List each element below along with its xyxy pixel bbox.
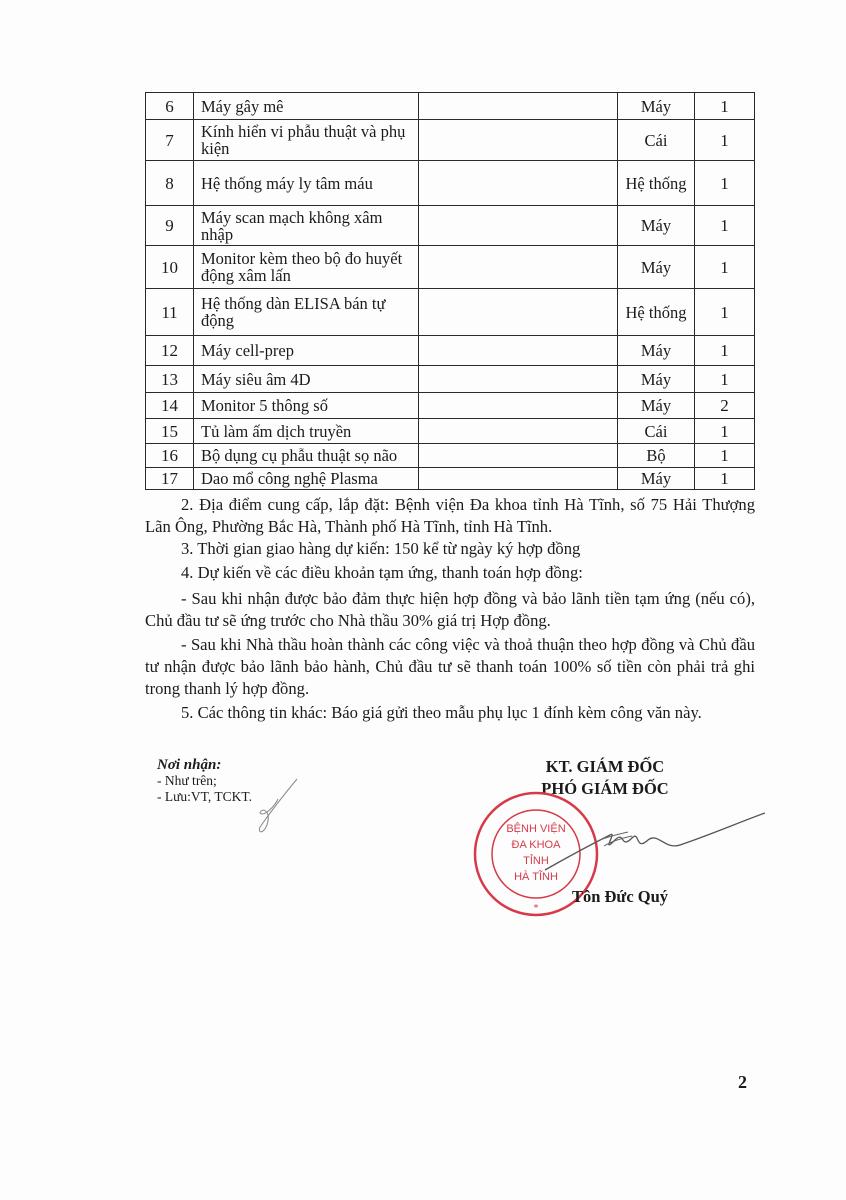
item-spec [419,366,618,393]
item-name: Tủ làm ấm dịch truyền [194,419,419,444]
table-row: 15Tủ làm ấm dịch truyềnCái1 [146,419,755,444]
item-quantity: 1 [695,289,755,336]
item-name: Kính hiển vi phẫu thuật và phụ kiện [194,120,419,161]
item-unit: Máy [618,336,695,366]
item-spec [419,246,618,289]
item-unit: Máy [618,366,695,393]
item-quantity: 2 [695,393,755,419]
item-number: 14 [146,393,194,419]
item-quantity: 1 [695,366,755,393]
item-number: 9 [146,206,194,246]
item-number: 13 [146,366,194,393]
signatory-name: Tôn Đức Quý [540,886,700,908]
item-spec [419,336,618,366]
item-name: Dao mổ công nghệ Plasma [194,468,419,490]
item-unit: Hệ thống [618,289,695,336]
paragraph-delivery-time: 3. Thời gian giao hàng dự kiến: 150 kể t… [145,538,755,560]
table-row: 11Hệ thống dàn ELISA bán tự độngHệ thống… [146,289,755,336]
item-quantity: 1 [695,419,755,444]
table-row: 6Máy gây mêMáy1 [146,93,755,120]
paragraph-other-info: 5. Các thông tin khác: Báo giá gửi theo … [145,702,755,724]
item-number: 8 [146,161,194,206]
table-row: 10Monitor kèm theo bộ đo huyết động xâm … [146,246,755,289]
item-quantity: 1 [695,161,755,206]
item-quantity: 1 [695,120,755,161]
paragraph-location: 2. Địa điểm cung cấp, lắp đặt: Bệnh viện… [145,494,755,538]
signatory-title: KT. GIÁM ĐỐC [500,756,710,778]
item-spec [419,289,618,336]
item-spec [419,161,618,206]
item-number: 16 [146,444,194,468]
paragraph-final-payment: - Sau khi Nhà thầu hoàn thành các công v… [145,634,755,700]
equipment-table: 6Máy gây mêMáy17Kính hiển vi phẫu thuật … [145,92,755,490]
item-spec [419,444,618,468]
item-spec [419,93,618,120]
item-quantity: 1 [695,468,755,490]
item-number: 10 [146,246,194,289]
item-quantity: 1 [695,246,755,289]
table-row: 9Máy scan mạch không xâm nhậpMáy1 [146,206,755,246]
item-number: 7 [146,120,194,161]
item-quantity: 1 [695,93,755,120]
item-name: Monitor 5 thông số [194,393,419,419]
recipients-block: Nơi nhận: - Như trên; - Lưu:VT, TCKT. [157,757,252,805]
table-row: 8Hệ thống máy ly tâm máuHệ thống1 [146,161,755,206]
paragraph-advance-payment: - Sau khi nhận được bảo đảm thực hiện hợ… [145,588,755,632]
item-unit: Cái [618,419,695,444]
svg-text:*: * [534,903,539,914]
table-row: 16Bộ dụng cụ phẫu thuật sọ nãoBộ1 [146,444,755,468]
item-unit: Máy [618,93,695,120]
paragraph-payment-terms: 4. Dự kiến về các điều khoản tạm ứng, th… [145,562,755,584]
item-quantity: 1 [695,336,755,366]
item-name: Máy siêu âm 4D [194,366,419,393]
item-spec [419,468,618,490]
table-row: 13Máy siêu âm 4DMáy1 [146,366,755,393]
item-number: 12 [146,336,194,366]
item-name: Bộ dụng cụ phẫu thuật sọ não [194,444,419,468]
item-unit: Hệ thống [618,161,695,206]
item-unit: Bộ [618,444,695,468]
handwritten-signature-icon [540,810,770,880]
item-number: 11 [146,289,194,336]
recipient-item: - Như trên; [157,773,252,789]
item-unit: Máy [618,468,695,490]
item-name: Máy scan mạch không xâm nhập [194,206,419,246]
item-name: Hệ thống dàn ELISA bán tự động [194,289,419,336]
item-quantity: 1 [695,444,755,468]
initials-signature-icon [252,777,302,837]
item-unit: Cái [618,120,695,161]
table-row: 7Kính hiển vi phẫu thuật và phụ kiệnCái1 [146,120,755,161]
item-number: 17 [146,468,194,490]
item-name: Hệ thống máy ly tâm máu [194,161,419,206]
item-spec [419,206,618,246]
table-row: 14Monitor 5 thông sốMáy2 [146,393,755,419]
item-unit: Máy [618,206,695,246]
item-number: 15 [146,419,194,444]
item-spec [419,393,618,419]
item-name: Monitor kèm theo bộ đo huyết động xâm lấ… [194,246,419,289]
item-spec [419,419,618,444]
page-number: 2 [738,1072,747,1093]
table-row: 17Dao mổ công nghệ PlasmaMáy1 [146,468,755,490]
item-name: Máy gây mê [194,93,419,120]
item-quantity: 1 [695,206,755,246]
item-spec [419,120,618,161]
item-number: 6 [146,93,194,120]
item-unit: Máy [618,246,695,289]
item-name: Máy cell-prep [194,336,419,366]
item-unit: Máy [618,393,695,419]
recipients-title: Nơi nhận: [157,757,252,773]
recipient-item: - Lưu:VT, TCKT. [157,789,252,805]
table-row: 12Máy cell-prepMáy1 [146,336,755,366]
